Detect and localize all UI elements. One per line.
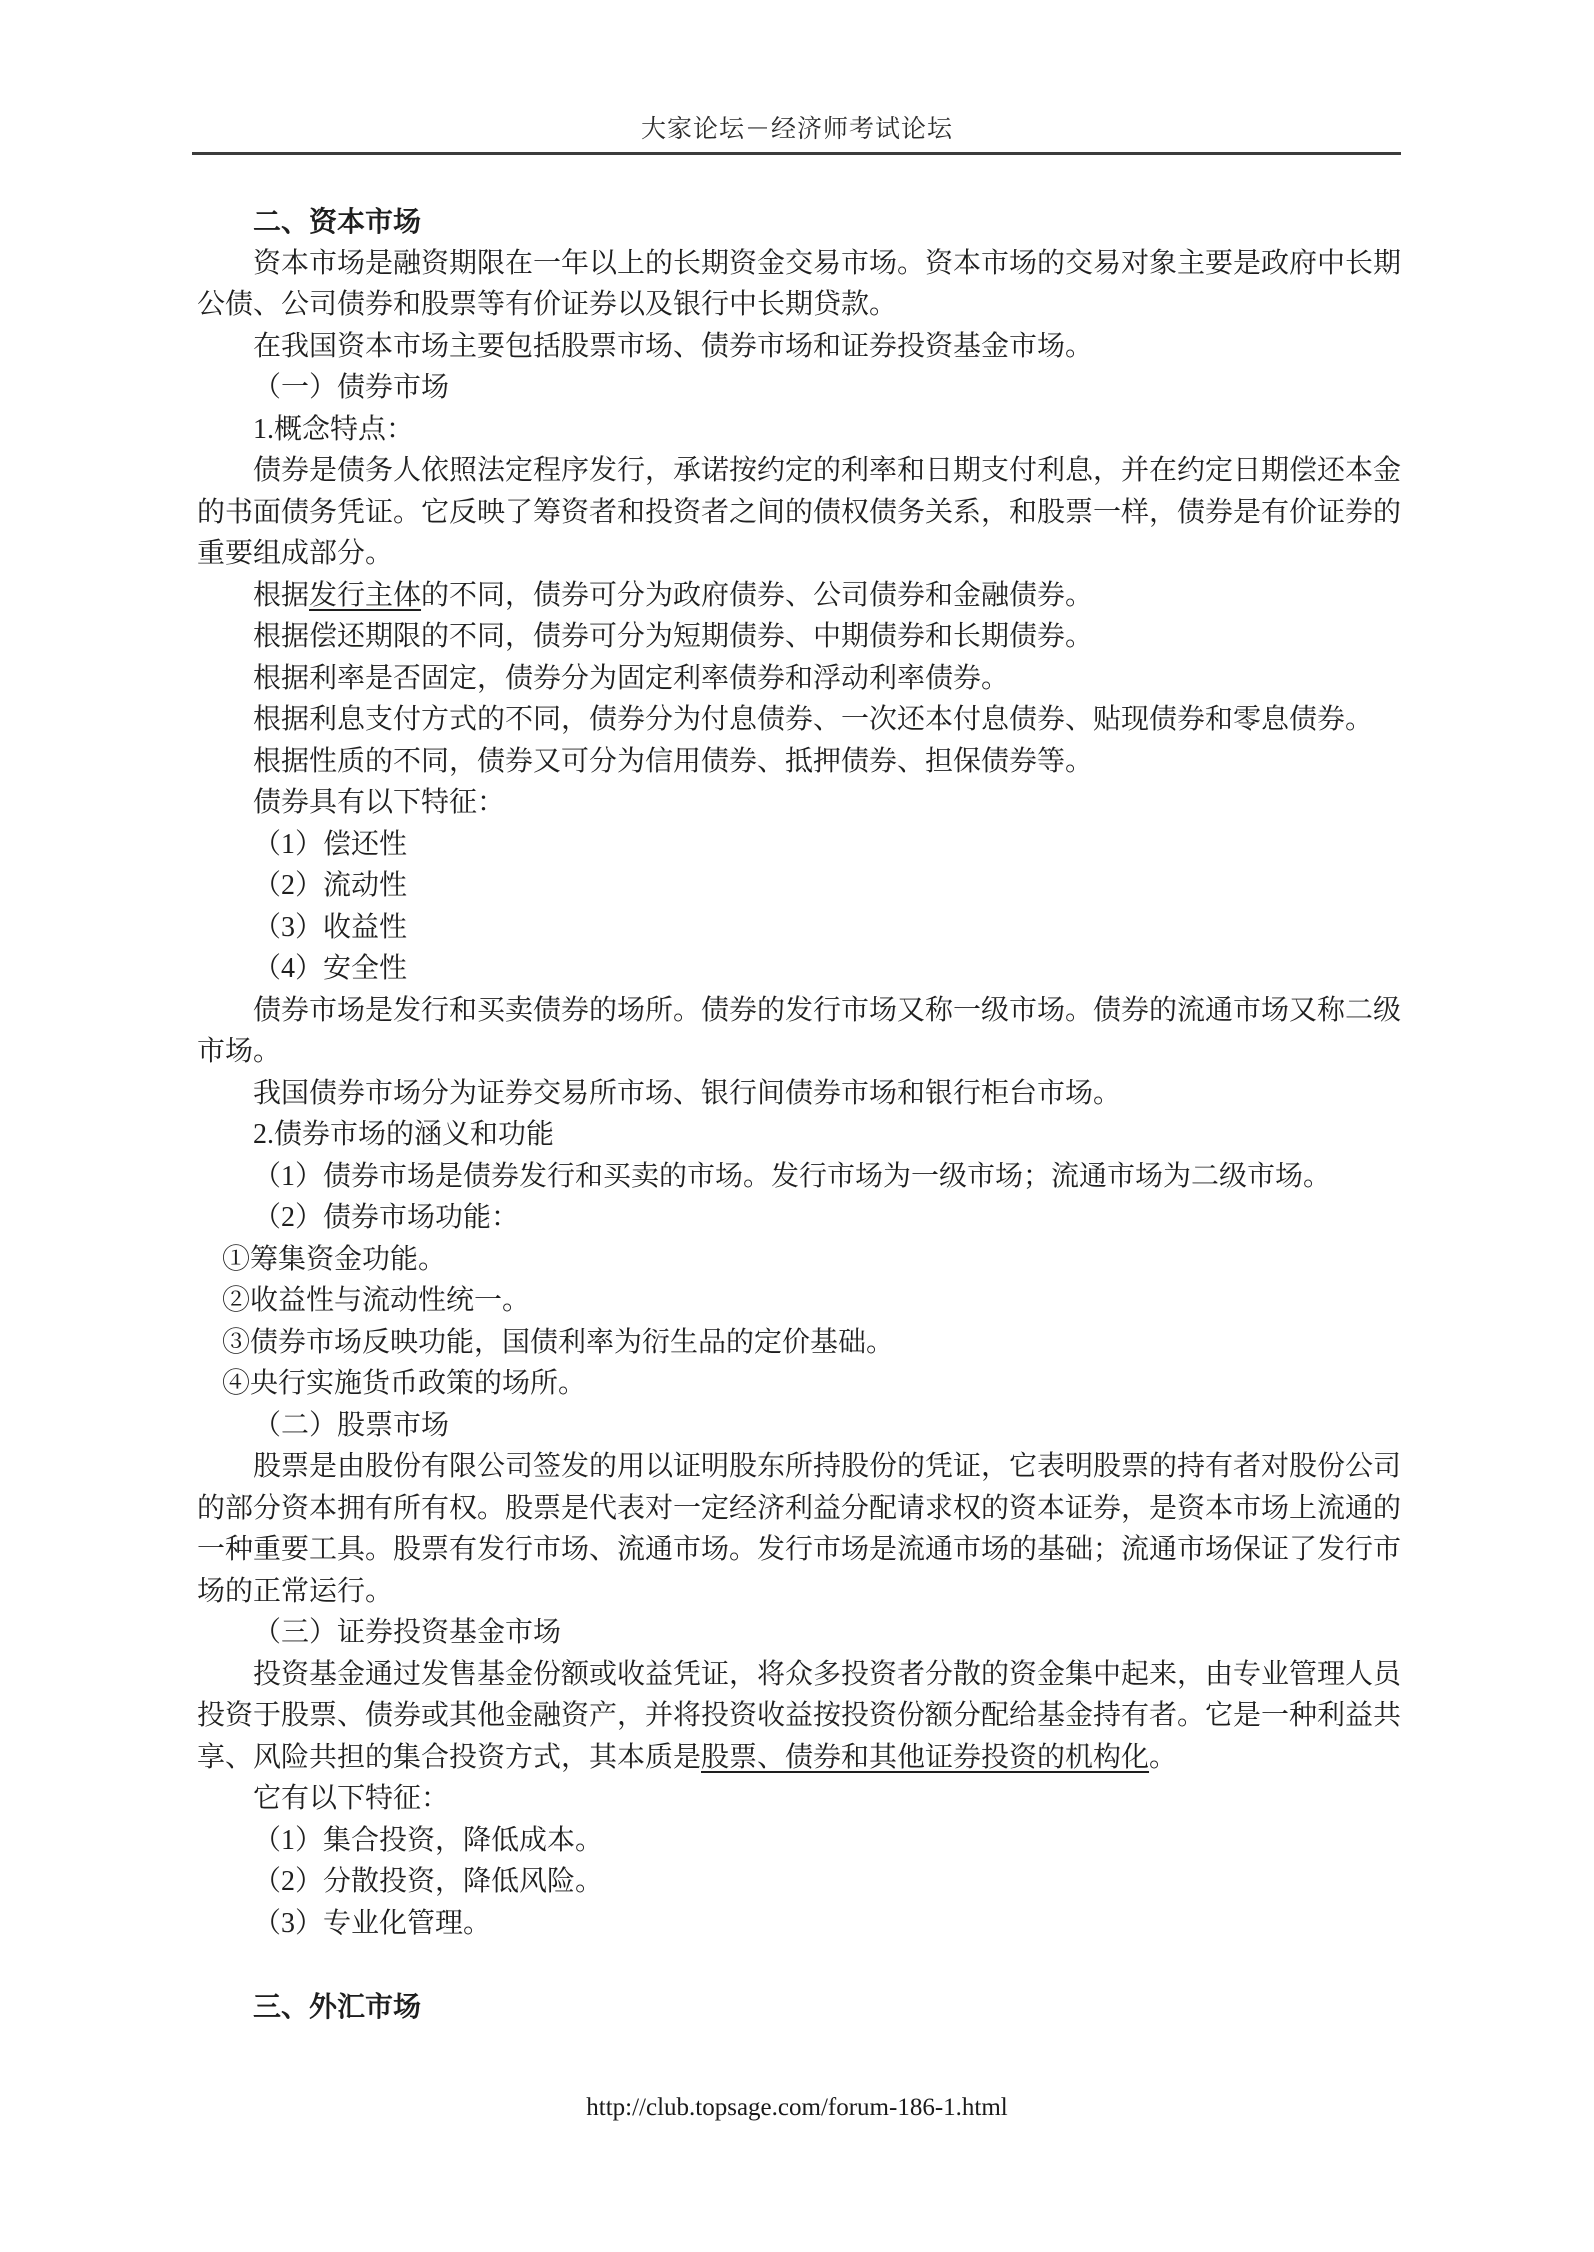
text-line: 它有以下特征： (197, 1778, 1437, 1820)
text-run: （1）集合投资，降低成本。 (253, 1825, 603, 1856)
text-run: （2）债券市场功能： (253, 1202, 519, 1233)
text-run: （3）专业化管理。 (253, 1908, 491, 1939)
text-line: ④央行实施货币政策的场所。 (197, 1363, 1437, 1405)
section-heading: 三、外汇市场 (197, 1986, 1437, 2028)
text-run: 根据 (253, 580, 309, 611)
text-run: （二）股票市场 (253, 1410, 449, 1441)
text-line: （3）收益性 (197, 907, 1437, 949)
text-run: 的部分资本拥有所有权。股票是代表对一定经济利益分配请求权的资本证券，是资本市场上… (197, 1493, 1401, 1524)
text-line: 2.债券市场的涵义和功能 (197, 1114, 1437, 1156)
text-line: 的书面债务凭证。它反映了筹资者和投资者之间的债权债务关系，和股票一样，债券是有价… (197, 492, 1437, 534)
text-run: ③债券市场反映功能，国债利率为衍生品的定价基础。 (222, 1327, 894, 1358)
text-run: 的书面债务凭证。它反映了筹资者和投资者之间的债权债务关系，和股票一样，债券是有价… (197, 497, 1401, 528)
text-line: 根据利率是否固定，债券分为固定利率债券和浮动利率债券。 (197, 658, 1437, 700)
text-line: 公债、公司债券和股票等有价证券以及银行中长期贷款。 (197, 284, 1437, 326)
text-line: 投资于股票、债券或其他金融资产，并将投资收益按投资份额分配给基金持有者。它是一种… (197, 1695, 1437, 1737)
text-run: 市场。 (197, 1036, 281, 1067)
text-line: 的部分资本拥有所有权。股票是代表对一定经济利益分配请求权的资本证券，是资本市场上… (197, 1488, 1437, 1530)
text-run: 1.概念特点： (253, 414, 414, 445)
text-run: 根据利率是否固定，债券分为固定利率债券和浮动利率债券。 (253, 663, 1009, 694)
text-line: （1）债券市场是债券发行和买卖的市场。发行市场为一级市场；流通市场为二级市场。 (197, 1156, 1437, 1198)
text-line: （2）债券市场功能： (197, 1197, 1437, 1239)
text-run: 股票是由股份有限公司签发的用以证明股东所持股份的凭证，它表明股票的持有者对股份公… (253, 1451, 1401, 1482)
document-body: 二、资本市场资本市场是融资期限在一年以上的长期资金交易市场。资本市场的交易对象主… (197, 201, 1437, 2027)
text-run: 三、外汇市场 (253, 1990, 421, 2023)
text-run: 在我国资本市场主要包括股票市场、债券市场和证券投资基金市场。 (253, 331, 1093, 362)
text-line: 1.概念特点： (197, 409, 1437, 451)
text-line: 重要组成部分。 (197, 533, 1437, 575)
text-line: 根据偿还期限的不同，债券可分为短期债券、中期债券和长期债券。 (197, 616, 1437, 658)
text-line: 一种重要工具。股票有发行市场、流通市场。发行市场是流通市场的基础；流通市场保证了… (197, 1529, 1437, 1571)
text-run: 它有以下特征： (253, 1783, 449, 1814)
text-line: 资本市场是融资期限在一年以上的长期资金交易市场。资本市场的交易对象主要是政府中长… (197, 243, 1437, 285)
text-run: （4）安全性 (253, 953, 407, 984)
text-run: 的不同，债券可分为政府债券、公司债券和金融债券。 (421, 580, 1093, 611)
text-run: 投资基金通过发售基金份额或收益凭证，将众多投资者分散的资金集中起来，由专业管理人… (253, 1659, 1401, 1690)
document-page: 大家论坛－经济师考试论坛 二、资本市场资本市场是融资期限在一年以上的长期资金交易… (0, 0, 1594, 2252)
text-run: （一）债券市场 (253, 372, 449, 403)
text-line: （二）股票市场 (197, 1405, 1437, 1447)
text-line: 债券市场是发行和买卖债券的场所。债券的发行市场又称一级市场。债券的流通市场又称二… (197, 990, 1437, 1032)
text-run: ④央行实施货币政策的场所。 (222, 1368, 586, 1399)
underlined-text: 股票、债券和其他证券投资的机构化 (701, 1742, 1149, 1773)
text-line: （三）证券投资基金市场 (197, 1612, 1437, 1654)
text-line: （4）安全性 (197, 948, 1437, 990)
section-heading: 二、资本市场 (197, 201, 1437, 243)
text-line: 债券是债务人依照法定程序发行，承诺按约定的利率和日期支付利息，并在约定日期偿还本… (197, 450, 1437, 492)
text-line: 根据利息支付方式的不同，债券分为付息债券、一次还本付息债券、贴现债券和零息债券。 (197, 699, 1437, 741)
text-run: （2）流动性 (253, 870, 407, 901)
header-divider (192, 152, 1401, 155)
text-run: 重要组成部分。 (197, 538, 393, 569)
text-line: 根据性质的不同，债券又可分为信用债券、抵押债券、担保债券等。 (197, 741, 1437, 783)
text-line: （1）偿还性 (197, 824, 1437, 866)
text-run: 债券市场是发行和买卖债券的场所。债券的发行市场又称一级市场。债券的流通市场又称二… (253, 995, 1401, 1026)
text-run: 我国债券市场分为证券交易所市场、银行间债券市场和银行柜台市场。 (253, 1078, 1121, 1109)
text-run: 2.债券市场的涵义和功能 (253, 1119, 554, 1150)
text-run: 根据利息支付方式的不同，债券分为付息债券、一次还本付息债券、贴现债券和零息债券。 (253, 704, 1373, 735)
text-run: ②收益性与流动性统一。 (222, 1285, 530, 1316)
text-run: 债券具有以下特征： (253, 787, 505, 818)
text-line: ②收益性与流动性统一。 (197, 1280, 1437, 1322)
text-run: 享、风险共担的集合投资方式，其本质是 (197, 1742, 701, 1773)
footer-url: http://club.topsage.com/forum-186-1.html (0, 2093, 1594, 2123)
text-line: 根据发行主体的不同，债券可分为政府债券、公司债券和金融债券。 (197, 575, 1437, 617)
text-run: 二、资本市场 (253, 205, 421, 238)
text-line: 市场。 (197, 1031, 1437, 1073)
text-run: ①筹集资金功能。 (222, 1244, 446, 1275)
text-line: （一）债券市场 (197, 367, 1437, 409)
text-line: ③债券市场反映功能，国债利率为衍生品的定价基础。 (197, 1322, 1437, 1364)
text-line: 股票是由股份有限公司签发的用以证明股东所持股份的凭证，它表明股票的持有者对股份公… (197, 1446, 1437, 1488)
text-line: 享、风险共担的集合投资方式，其本质是股票、债券和其他证券投资的机构化。 (197, 1737, 1437, 1779)
text-run: 场的正常运行。 (197, 1576, 393, 1607)
text-line: ①筹集资金功能。 (197, 1239, 1437, 1281)
underlined-text: 发行主体 (309, 580, 421, 611)
text-line: （2）分散投资，降低风险。 (197, 1861, 1437, 1903)
text-line: 我国债券市场分为证券交易所市场、银行间债券市场和银行柜台市场。 (197, 1073, 1437, 1115)
text-run: 根据偿还期限的不同，债券可分为短期债券、中期债券和长期债券。 (253, 621, 1093, 652)
text-run: （1）债券市场是债券发行和买卖的市场。发行市场为一级市场；流通市场为二级市场。 (253, 1161, 1331, 1192)
text-line: 场的正常运行。 (197, 1571, 1437, 1613)
text-line: 投资基金通过发售基金份额或收益凭证，将众多投资者分散的资金集中起来，由专业管理人… (197, 1654, 1437, 1696)
text-line: （1）集合投资，降低成本。 (197, 1820, 1437, 1862)
text-run: （1）偿还性 (253, 829, 407, 860)
text-run: （3）收益性 (253, 912, 407, 943)
text-run: 。 (1149, 1742, 1177, 1773)
text-run: 根据性质的不同，债券又可分为信用债券、抵押债券、担保债券等。 (253, 746, 1093, 777)
text-run: 资本市场是融资期限在一年以上的长期资金交易市场。资本市场的交易对象主要是政府中长… (253, 248, 1401, 279)
text-run: 投资于股票、债券或其他金融资产，并将投资收益按投资份额分配给基金持有者。它是一种… (197, 1700, 1401, 1731)
text-run: 一种重要工具。股票有发行市场、流通市场。发行市场是流通市场的基础；流通市场保证了… (197, 1534, 1401, 1565)
text-run: 债券是债务人依照法定程序发行，承诺按约定的利率和日期支付利息，并在约定日期偿还本… (253, 455, 1401, 486)
text-line: （3）专业化管理。 (197, 1903, 1437, 1945)
page-header-title: 大家论坛－经济师考试论坛 (0, 115, 1594, 145)
text-line: 在我国资本市场主要包括股票市场、债券市场和证券投资基金市场。 (197, 326, 1437, 368)
text-line: （2）流动性 (197, 865, 1437, 907)
text-line: 债券具有以下特征： (197, 782, 1437, 824)
text-run: （三）证券投资基金市场 (253, 1617, 561, 1648)
text-run: 公债、公司债券和股票等有价证券以及银行中长期贷款。 (197, 289, 897, 320)
text-run: （2）分散投资，降低风险。 (253, 1866, 603, 1897)
blank-line (197, 1944, 1437, 1986)
